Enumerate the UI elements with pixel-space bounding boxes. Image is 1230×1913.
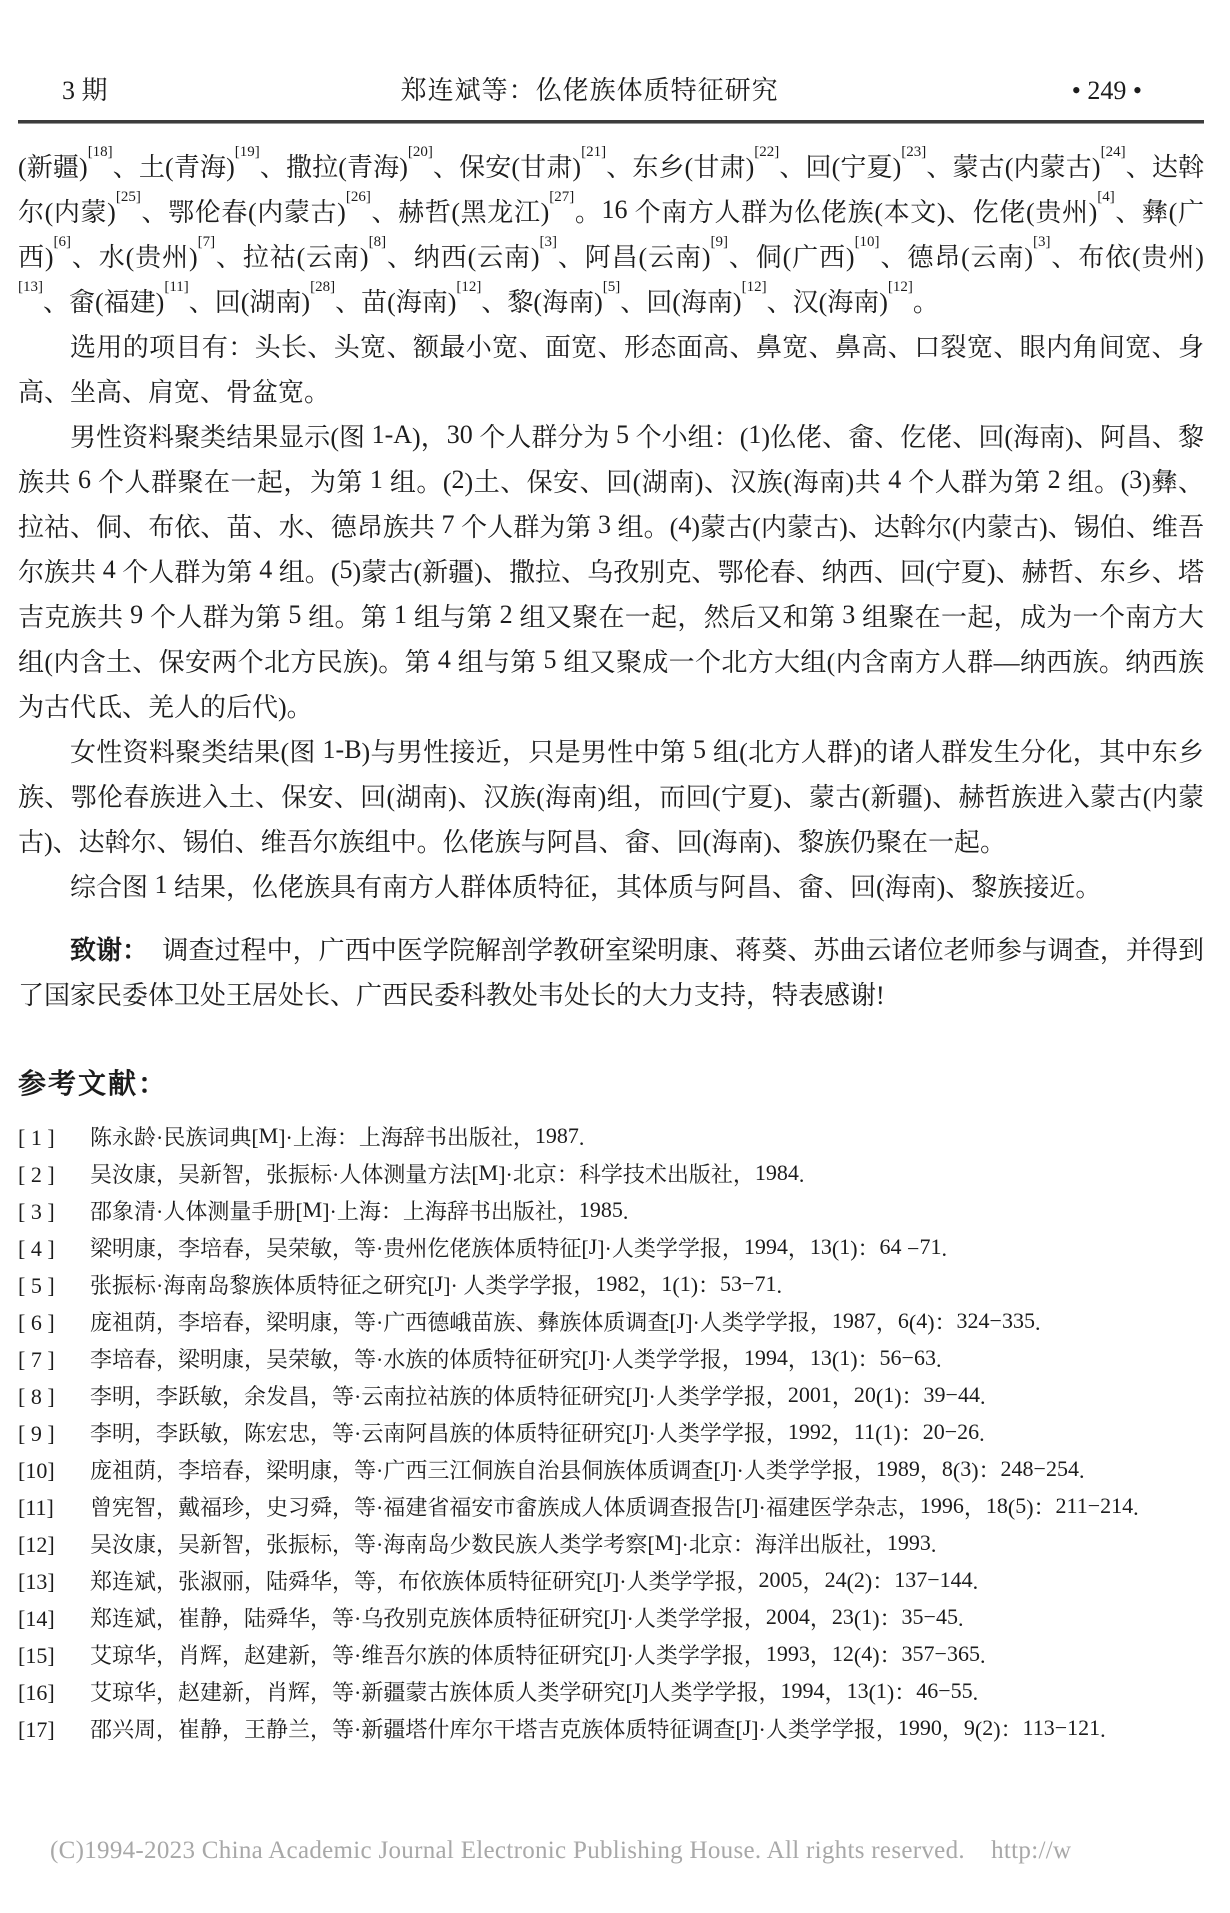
body-text: (新疆)[18]、土(青海)[19]、撒拉(青海)[20]、保安(甘肃)[21]… [18,145,1204,1018]
reference-text: 吴汝康，吴新智，张振标，等·海南岛少数民族人类学考察[M]·北京：海洋出版社，1… [90,1530,936,1557]
citation-superscript: [25] [116,189,141,205]
header-rule [18,120,1204,124]
citation-superscript: [6] [54,234,72,250]
reference-text: 陈永龄·民族词典[M]·上海：上海辞书出版社，1987. [90,1123,584,1150]
reference-number: [13] [18,1563,74,1600]
citation-superscript: [9] [710,234,728,250]
reference-item: [15]艾琼华，肖辉，赵建新，等·维吾尔族的体质特征研究[J]·人类学学报，19… [18,1637,1204,1674]
reference-item: [17]邵兴周，崔静，王静兰，等·新疆塔什库尔干塔吉克族体质特征调查[J]·人类… [18,1711,1204,1748]
reference-number: [10] [18,1452,74,1489]
reference-number: [ 4 ] [18,1230,74,1267]
citation-superscript: [12] [888,279,913,295]
journal-page: 3 期 郑连斌等：仫佬族体质特征研究 • 249 • (新疆)[18]、土(青海… [0,70,1230,1748]
citation-superscript: [27] [549,189,574,205]
reference-number: [ 9 ] [18,1415,74,1452]
body-paragraph: 选用的项目有：头长、头宽、额最小宽、面宽、形态面高、鼻宽、鼻高、口裂宽、眼内角间… [18,325,1204,415]
reference-item: [ 4 ]梁明康，李培春，吴荣敏，等·贵州仡佬族体质特征[J]·人类学学报，19… [18,1230,1204,1267]
citation-superscript: [22] [754,144,779,160]
reference-text: 梁明康，李培春，吴荣敏，等·贵州仡佬族体质特征[J]·人类学学报，1994，13… [90,1234,947,1261]
reference-item: [ 7 ]李培春，梁明康，吴荣敏，等·水族的体质特征研究[J]·人类学学报，19… [18,1341,1204,1378]
acknowledgement-lead: 致谢： [70,936,148,965]
reference-text: 庞祖荫，李培春，梁明康，等·广西德峨苗族、彝族体质调查[J]·人类学学报，198… [90,1308,1040,1335]
page-header: 3 期 郑连斌等：仫佬族体质特征研究 • 249 • [18,70,1204,107]
reference-text: 庞祖荫，李培春，梁明康，等·广西三江侗族自治县侗族体质调查[J]·人类学学报，1… [90,1456,1084,1483]
citation-superscript: [12] [742,279,767,295]
citation-superscript: [3] [1033,234,1051,250]
reference-text: 艾琼华，肖辉，赵建新，等·维吾尔族的体质特征研究[J]·人类学学报，1993，1… [90,1641,985,1668]
reference-number: [ 7 ] [18,1341,74,1378]
reference-number: [ 1 ] [18,1119,74,1156]
reference-item: [ 3 ]邵象清·人体测量手册[M]·上海：上海辞书出版社，1985. [18,1193,1204,1230]
reference-number: [14] [18,1600,74,1637]
reference-item: [11]曾宪智，戴福珍，史习舜，等·福建省福安市畲族成人体质调查报告[J]·福建… [18,1489,1204,1526]
citation-superscript: [10] [855,234,880,250]
reference-text: 张振标·海南岛黎族体质特征之研究[J]· 人类学学报，1982，1(1)：53−… [90,1271,782,1298]
reference-item: [10]庞祖荫，李培春，梁明康，等·广西三江侗族自治县侗族体质调查[J]·人类学… [18,1452,1204,1489]
acknowledgement-paragraph: 致谢：调查过程中，广西中医学院解剖学教研室梁明康、蒋葵、苏曲云诸位老师参与调查，… [18,928,1204,1018]
reference-text: 艾琼华，赵建新，肖辉，等·新疆蒙古族体质人类学研究[J]人类学学报，1994，1… [90,1678,978,1705]
references-heading: 参考文献： [18,1062,1204,1102]
reference-item: [ 5 ]张振标·海南岛黎族体质特征之研究[J]· 人类学学报，1982，1(1… [18,1267,1204,1304]
body-paragraph: 女性资料聚类结果(图 1-B)与男性接近，只是男性中第 5 组(北方人群)的诸人… [18,730,1204,865]
citation-superscript: [23] [901,144,926,160]
reference-item: [ 2 ]吴汝康，吴新智，张振标·人体测量方法[M]·北京：科学技术出版社，19… [18,1156,1204,1193]
citation-superscript: [5] [603,279,621,295]
reference-text: 李培春，梁明康，吴荣敏，等·水族的体质特征研究[J]·人类学学报，1994，13… [90,1345,941,1372]
reference-number: [ 2 ] [18,1156,74,1193]
citation-superscript: [13] [18,279,43,295]
reference-number: [15] [18,1637,74,1674]
citation-superscript: [19] [235,144,260,160]
reference-number: [ 5 ] [18,1267,74,1304]
citation-superscript: [26] [346,189,371,205]
page-number: • 249 • [1072,76,1142,106]
reference-number: [17] [18,1711,74,1748]
reference-number: [ 3 ] [18,1193,74,1230]
reference-item: [ 8 ]李明，李跃敏，余发昌，等·云南拉祜族的体质特征研究[J]·人类学学报，… [18,1378,1204,1415]
reference-item: [13]郑连斌，张淑丽，陆舜华，等，布依族体质特征研究[J]·人类学学报，200… [18,1563,1204,1600]
reference-number: [11] [18,1489,74,1526]
citation-superscript: [12] [456,279,481,295]
citation-superscript: [28] [310,279,335,295]
citation-superscript: [8] [369,234,387,250]
running-title: 郑连斌等：仫佬族体质特征研究 [401,70,779,107]
citation-superscript: [20] [408,144,433,160]
citation-superscript: [24] [1101,144,1126,160]
reference-item: [ 1 ]陈永龄·民族词典[M]·上海：上海辞书出版社，1987. [18,1119,1204,1156]
citation-superscript: [7] [198,234,216,250]
reference-text: 李明，李跃敏，余发昌，等·云南拉祜族的体质特征研究[J]·人类学学报，2001，… [90,1382,985,1409]
body-paragraph: (新疆)[18]、土(青海)[19]、撒拉(青海)[20]、保安(甘肃)[21]… [18,145,1204,325]
citation-superscript: [3] [540,234,558,250]
citation-superscript: [11] [164,279,188,295]
reference-text: 郑连斌，崔静，陆舜华，等·乌孜别克族体质特征研究[J]·人类学学报，2004，2… [90,1604,963,1631]
citation-superscript: [21] [581,144,606,160]
reference-text: 郑连斌，张淑丽，陆舜华，等，布依族体质特征研究[J]·人类学学报，2005，24… [90,1567,978,1594]
body-paragraph: 综合图 1 结果，仫佬族具有南方人群体质特征，其体质与阿昌、畲、回(海南)、黎族… [18,865,1204,910]
reference-item: [14]郑连斌，崔静，陆舜华，等·乌孜别克族体质特征研究[J]·人类学学报，20… [18,1600,1204,1637]
reference-item: [ 9 ]李明，李跃敏，陈宏忠，等·云南阿昌族的体质特征研究[J]·人类学学报，… [18,1415,1204,1452]
citation-superscript: [4] [1097,189,1115,205]
reference-number: [ 6 ] [18,1304,74,1341]
reference-item: [16]艾琼华，赵建新，肖辉，等·新疆蒙古族体质人类学研究[J]人类学学报，19… [18,1674,1204,1711]
reference-number: [ 8 ] [18,1378,74,1415]
reference-text: 吴汝康，吴新智，张振标·人体测量方法[M]·北京：科学技术出版社，1984. [90,1160,804,1187]
reference-list: [ 1 ]陈永龄·民族词典[M]·上海：上海辞书出版社，1987.[ 2 ]吴汝… [18,1119,1204,1748]
issue-label: 3 期 [62,70,108,107]
reference-text: 邵兴周，崔静，王静兰，等·新疆塔什库尔干塔吉克族体质特征调查[J]·人类学学报，… [90,1715,1106,1742]
reference-number: [16] [18,1674,74,1711]
reference-text: 李明，李跃敏，陈宏忠，等·云南阿昌族的体质特征研究[J]·人类学学报，1992，… [90,1419,985,1446]
body-paragraph: 男性资料聚类结果显示(图 1-A)，30 个人群分为 5 个小组：(1)仫佬、畲… [18,415,1204,730]
reference-item: [ 6 ]庞祖荫，李培春，梁明康，等·广西德峨苗族、彝族体质调查[J]·人类学学… [18,1304,1204,1341]
watermark: (C)1994-2023 China Academic Journal Elec… [50,1834,1230,1868]
citation-superscript: [18] [88,144,113,160]
reference-text: 曾宪智，戴福珍，史习舜，等·福建省福安市畲族成人体质调查报告[J]·福建医学杂志… [90,1493,1139,1520]
reference-text: 邵象清·人体测量手册[M]·上海：上海辞书出版社，1985. [90,1197,628,1224]
reference-number: [12] [18,1526,74,1563]
reference-item: [12]吴汝康，吴新智，张振标，等·海南岛少数民族人类学考察[M]·北京：海洋出… [18,1526,1204,1563]
